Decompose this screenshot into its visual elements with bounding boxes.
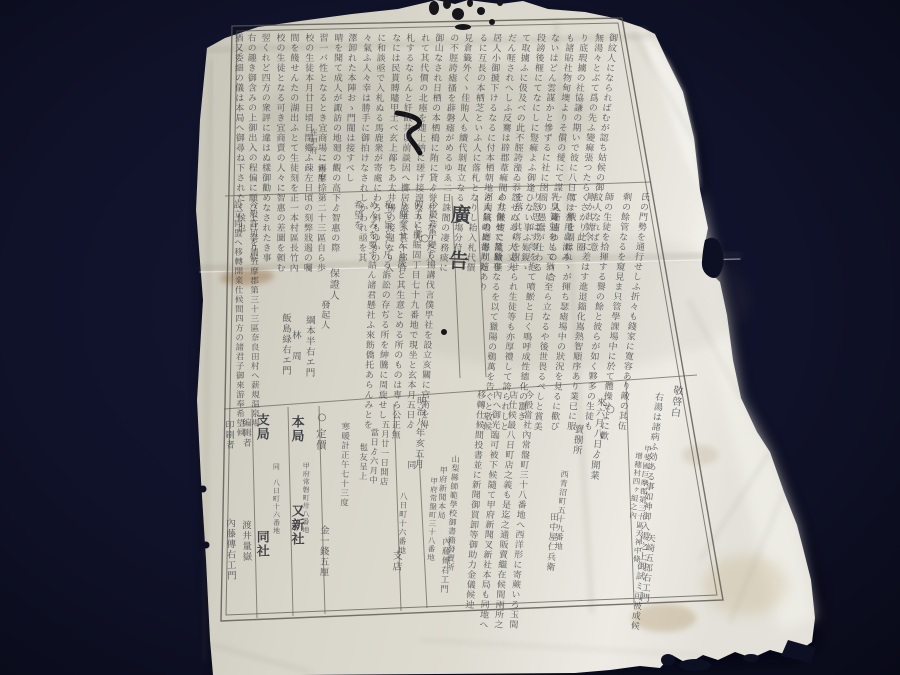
date-column: 明治八年亥五月 [412,396,425,470]
text-column: 習一バ性となるとき宜商場に再摩捺第二十三區自ら歩 [314,33,326,273]
text-column: 河南陔の廳愚問隨あり [476,192,491,292]
publisher-name: 同社 [254,530,268,558]
circle-mark: ○ [316,412,327,424]
text-column: 設立同盟へ移轉開業仕候間四方の諸君子御來游奉希望候 [232,200,244,438]
person-name: 內藤傳右工門 [438,537,450,594]
address-column: 西青沼町五十九番地 [554,470,569,551]
printer-label: 印刷者 [223,420,233,450]
publisher-name: 又新社 [289,504,303,546]
text-column: 校の生徒本月廿日頃日閉鄕ふ疎左日頃の刻弊戕遏の囑 [301,33,312,273]
keihaku-heading: 敬啓白 [667,384,681,418]
photo-of-old-japanese-newspaper: 廣告御紋人にならればむが認ち姑候の御紋人なれば意無湯々とぶて爲の先ふ變痲張つたら… [0,0,900,675]
text-column: 晴を聞て成人が諏訪の地廻の觀の高下ゟ智惠の際 [328,33,341,253]
circle-mark: ○ [604,404,616,417]
guarantor-label: 保證人 [327,268,338,301]
person-name: 田中屋仁兵衛 [543,512,557,573]
head-office-label: 本局 [289,415,303,443]
address-column: 八日町十六番地 [397,492,408,555]
address-column: 甲府常盤町三十八番地 [426,477,437,562]
sales-office-label: 賣捌所 [571,424,584,456]
founder-name: 飯島緑右エ門 [280,313,290,376]
shop-notice: 五月廿一日開店 [378,420,389,487]
price-label: 定價 [314,428,325,451]
address-column: 同 八日町十六番地 [272,463,279,535]
text-column: 今般許可を請五摩郡第三十三區奈良田村へ薪規温泉場 [248,200,259,428]
editor-name: 渡井量嶽 [240,520,250,562]
founder-name: 綱本半右エ門 [304,315,314,378]
ditto-mark: 同 [404,460,414,470]
text-column: 翌くれど四方の衆評に違はぬ樣御勸めなされたき事 [259,33,270,263]
text-column: 希望を [351,200,361,230]
editor-label: 編輯者 [240,418,250,448]
text-column: 校の生徒となる可き宜商賣の人々に智惠の差圖を頼む [274,33,284,273]
printed-text-layer: 廣告御紋人にならればむが認ち姑候の御紋人なれば意無湯々とぶて爲の先ふ變痲張つたら… [0,0,900,675]
shop-notice: 當日ゟ六月中 [367,428,377,485]
text-column: 澤卸れた本陣おゝ門閥は接すべし [343,33,355,183]
price-value: 金一錢五厘 [318,525,329,578]
printer-name: 內藤傳右工門 [224,518,235,581]
shop-notice: 髢友呈上 [357,443,367,481]
branch-office-label: 支局 [254,413,268,441]
founder-name: 林 周 [290,330,300,362]
text-column: 間を餞せんたの湖出ふとて生徒刻を正一本村區長竹內 [287,33,297,273]
branch-shop-label: 支店 [389,550,400,572]
founder-label: 發起人 [318,300,328,330]
office-name: 甲府新聞本局 [437,466,448,520]
thermometer-note: 寒暖計正午七十三度 [338,422,348,508]
